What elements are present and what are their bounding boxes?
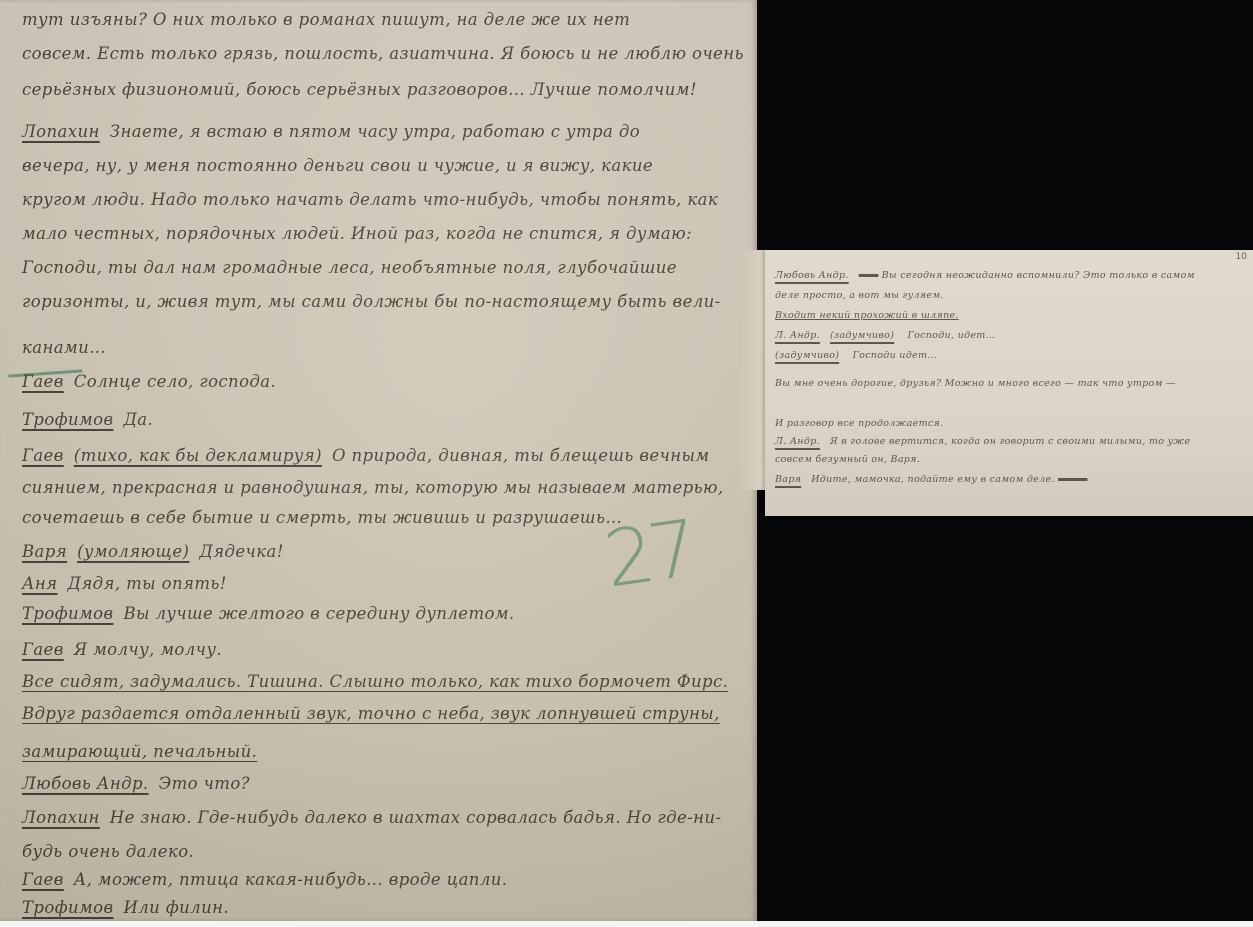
struck-text: —— (859, 270, 879, 281)
manuscript-line: мало честных, порядочных людей. Иной раз… (22, 224, 745, 243)
manuscript-line: серьёзных физиономий, боюсь серьёзных ра… (22, 80, 745, 99)
manuscript-line: ГаевСолнце село, господа. (22, 372, 745, 391)
slip-line: ВаряИдите, мамочка, подайте ему в самом … (775, 474, 1245, 485)
speaker-name: Лопахин (22, 122, 100, 141)
slip-line: Л. Андр.Я в голове вертится, когда он го… (775, 436, 1245, 447)
scan-border (0, 921, 1253, 927)
speaker-name: Гаев (22, 640, 64, 659)
slip-line: Л. Андр.(задумчиво) Господи, идет… (775, 330, 1245, 341)
stage-direction: (умоляюще) (77, 542, 189, 561)
stage-direction: (тихо, как бы декламируя) (74, 446, 322, 465)
slip-line: Любовь Андр.—— Вы сегодня неожиданно всп… (775, 270, 1245, 281)
speaker-name: Л. Андр. (775, 436, 820, 447)
manuscript-line: Господи, ты дал нам громадные леса, необ… (22, 258, 745, 277)
manuscript-line: горизонты, и, живя тут, мы сами должны б… (22, 292, 745, 311)
manuscript-line: совсем. Есть только грязь, пошлость, ази… (22, 44, 745, 63)
speaker-name: Гаев (22, 870, 64, 889)
speaker-name: Любовь Андр. (22, 774, 149, 793)
manuscript-line: ТрофимовИли филин. (22, 898, 745, 917)
manuscript-line: Все сидят, задумались. Тишина. Слышно то… (22, 672, 745, 691)
slip-line: Входит некий прохожий в шляпе. (775, 310, 1245, 321)
speaker-name: Варя (22, 542, 67, 561)
manuscript-page: тут изъяны? О них только в романах пишут… (0, 0, 757, 921)
stage-direction: (задумчиво) (830, 330, 894, 341)
manuscript-line: вечера, ну, у меня постоянно деньги свои… (22, 156, 745, 175)
manuscript-line: канами… (22, 338, 745, 357)
manuscript-line: Вдруг раздается отдаленный звук, точно с… (22, 704, 745, 723)
manuscript-line: ТрофимовВы лучше желтого в середину дупл… (22, 604, 745, 623)
slip-line: деле просто, а вот мы гуляем. (775, 290, 1245, 301)
manuscript-line: Гаев(тихо, как бы декламируя)О природа, … (22, 446, 745, 465)
slip-line: Вы мне очень дорогие, друзья? Можно и мн… (775, 378, 1245, 389)
pasted-slip: 10 Любовь Андр.—— Вы сегодня неожиданно … (765, 250, 1253, 516)
speaker-name: Гаев (22, 372, 64, 391)
speaker-name: Л. Андр. (775, 330, 820, 341)
manuscript-line: Любовь Андр.Это что? (22, 774, 745, 793)
slip-folio-number: 10 (1236, 252, 1247, 262)
speaker-name: Лопахин (22, 808, 100, 827)
manuscript-line: кругом люди. Надо только начать делать ч… (22, 190, 745, 209)
speaker-name: Трофимов (22, 410, 113, 429)
speaker-name: Варя (775, 474, 801, 485)
manuscript-line: ТрофимовДа. (22, 410, 745, 429)
speaker-name: Аня (22, 574, 58, 593)
speaker-name: Трофимов (22, 898, 113, 917)
manuscript-line: ГаевА, может, птица какая-нибудь… вроде … (22, 870, 745, 889)
speaker-name: Любовь Андр. (775, 270, 849, 281)
slip-line: (задумчиво) Господи идет… (775, 350, 1245, 361)
folio-number: 27 (599, 504, 698, 605)
stage-direction: (задумчиво) (775, 350, 839, 361)
speaker-name: Трофимов (22, 604, 113, 623)
manuscript-line: будь очень далеко. (22, 842, 745, 861)
manuscript-line: ЛопахинЗнаете, я встаю в пятом часу утра… (22, 122, 745, 141)
slip-paste-tab (740, 250, 765, 490)
manuscript-line: сиянием, прекрасная и равнодушная, ты, к… (22, 478, 745, 497)
manuscript-line: замирающий, печальный. (22, 742, 745, 761)
manuscript-line: ГаевЯ молчу, молчу. (22, 640, 745, 659)
manuscript-line: тут изъяны? О них только в романах пишут… (22, 10, 745, 29)
struck-text: ——— (1058, 474, 1087, 485)
slip-line: И разговор все продолжается. (775, 418, 1245, 429)
speaker-name: Гаев (22, 446, 64, 465)
manuscript-line: ЛопахинНе знаю. Где-нибудь далеко в шахт… (22, 808, 745, 827)
slip-line: совсем безумный он, Варя. (775, 454, 1245, 465)
